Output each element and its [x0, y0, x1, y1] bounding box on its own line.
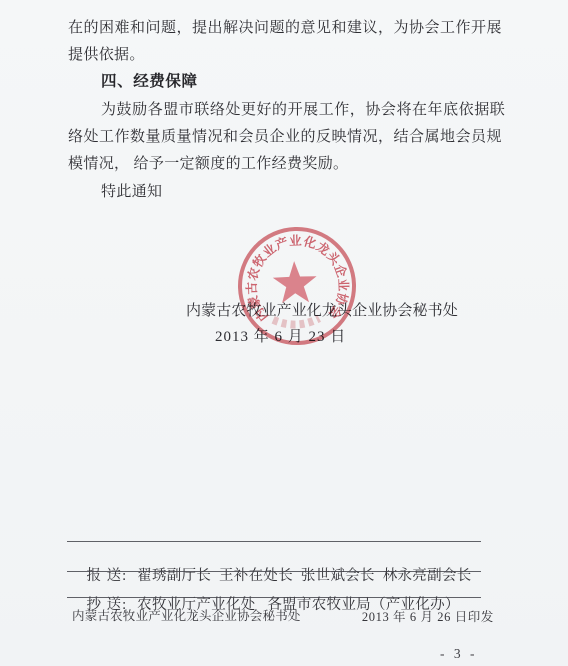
official-seal: 内蒙古农牧业产业化龙头企业协会: [236, 225, 358, 347]
body-line-4: 络处工作数量质量情况和会员企业的反映情况，结合属地会员规: [68, 128, 502, 146]
closing-phrase: 特此通知: [101, 183, 162, 201]
colophon-issuer: 内蒙古农牧业产业化龙头企业协会秘书处: [72, 606, 301, 624]
body-line-1: 在的困难和问题，提出解决问题的意见和建议，为协会工作开展: [68, 19, 502, 37]
page-number: - 3 -: [440, 646, 478, 662]
seal-bottom-marks: [273, 318, 319, 325]
body-line-2: 提供依据。: [68, 46, 145, 64]
section-heading: 四、经费保障: [101, 73, 198, 91]
colophon-print-date: 2013 年 6 月 26 日印发: [362, 607, 494, 625]
body-line-3: 为鼓励各盟市联络处更好的开展工作，协会将在年底依据联: [101, 101, 505, 119]
rule-top: [67, 541, 481, 542]
rule-bottom: [67, 597, 481, 598]
body-line-5: 模情况， 给予一定额度的工作经费奖励。: [68, 155, 348, 173]
rule-middle: [67, 571, 481, 572]
scanned-document-page: 在的困难和问题，提出解决问题的意见和建议，为协会工作开展 提供依据。 四、经费保…: [0, 0, 568, 666]
